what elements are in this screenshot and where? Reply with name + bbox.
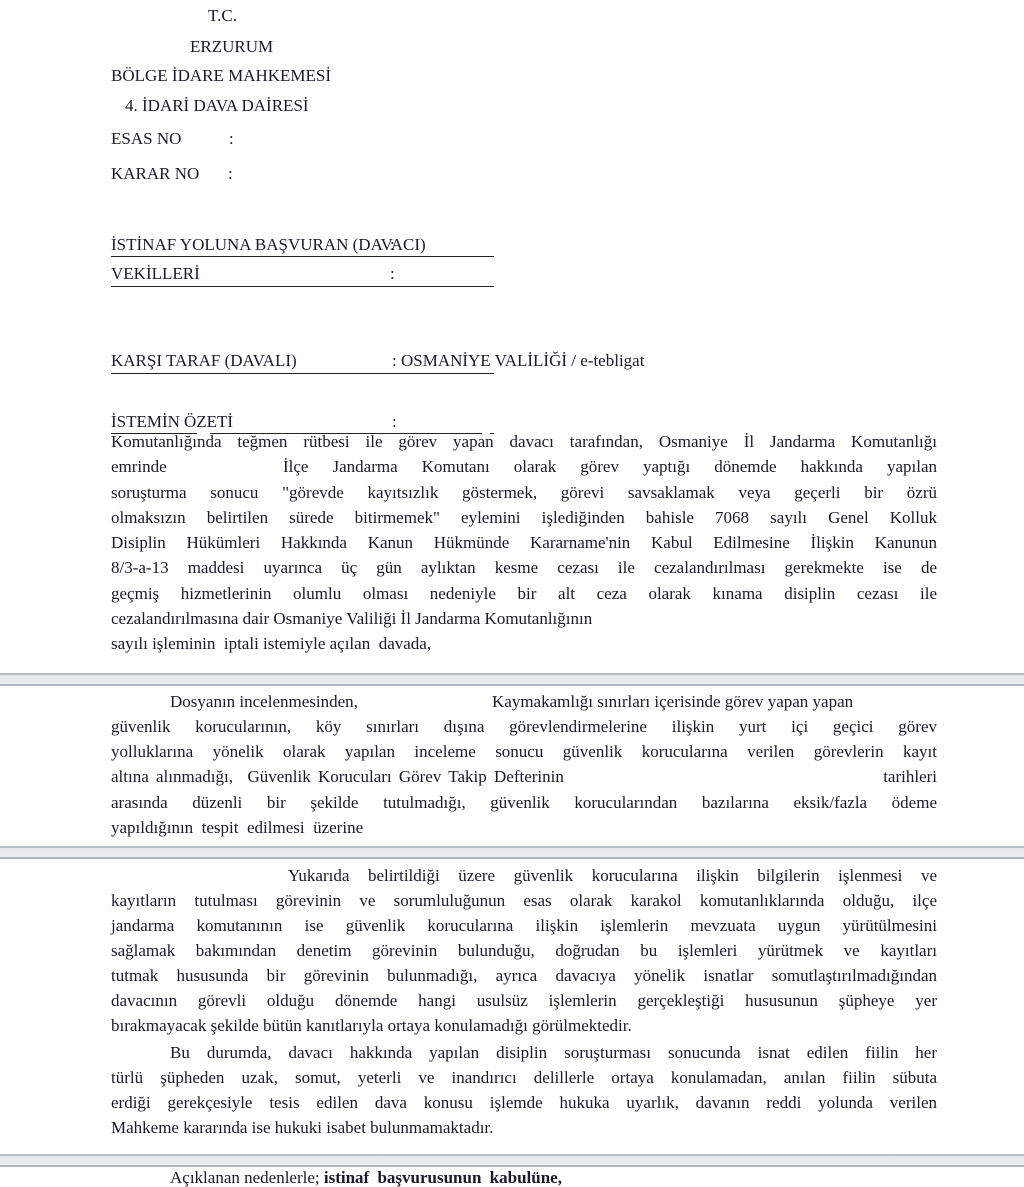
conclusion-line: Açıklanan nedenlerle; istinaf başvurusun… bbox=[170, 1168, 562, 1187]
conclusion-prefix: Açıklanan nedenlerle; bbox=[170, 1168, 320, 1187]
header-court: BÖLGE İDARE MAHKEMESİ bbox=[111, 66, 331, 86]
conclusion-bold: istinaf başvurusunun kabulüne, bbox=[324, 1168, 562, 1187]
text-line: sayılı işleminin iptali istemiyle açılan… bbox=[111, 634, 431, 654]
appellant-label: İSTİNAF YOLUNA BAŞVURAN (DAVACI) bbox=[111, 235, 426, 255]
text-line: türlü şüpheden uzak, somut, yeterli ve i… bbox=[111, 1068, 937, 1088]
text-line: kayıtların tutulması görevinin ve soruml… bbox=[111, 891, 937, 911]
text-line: olmaksızın belirtilen sürede bitirmemek"… bbox=[111, 508, 937, 528]
text-line: Mahkeme kararında ise hukuki isabet bulu… bbox=[111, 1118, 493, 1138]
text-line: güvenlik korucularının, köy sınırları dı… bbox=[111, 717, 937, 737]
text-line: Disiplin Hükümleri Hakkında Kanun Hükmün… bbox=[111, 533, 937, 553]
text-line: yapıldığının tespit edilmesi üzerine bbox=[111, 818, 363, 838]
text-segment: altına alınmadığı, Güvenlik Korucuları G… bbox=[111, 767, 564, 786]
text-line: 8/3-a-13 maddesi uyarınca üç gün aylıkta… bbox=[111, 558, 937, 578]
text-line: erdiği gerekçesiyle tesis edilen dava ko… bbox=[111, 1093, 937, 1113]
text-line: soruşturma sonucu "görevde kayıtsızlık g… bbox=[111, 483, 937, 503]
esas-no-colon: : bbox=[229, 129, 234, 149]
respondent-value: : OSMANİYE VALİLİĞİ / e-tebligat bbox=[392, 351, 644, 371]
text-line: Dosyanın incelenmesinden,Kaymakamlığı sı… bbox=[170, 692, 358, 712]
text-line: davacının görevli olduğu dönemde hangi u… bbox=[111, 991, 937, 1011]
respondent-label: KARŞI TARAF (DAVALI) bbox=[111, 351, 297, 371]
text-line: sağlamak bakımından denetim görevinin bu… bbox=[111, 941, 937, 961]
text-line: jandarma komutanının ise güvenlik korucu… bbox=[111, 916, 937, 936]
text-line: arasında düzenli bir şekilde tutulmadığı… bbox=[111, 793, 937, 813]
esas-no-label: ESAS NO bbox=[111, 129, 181, 149]
attorneys-colon: : bbox=[390, 264, 395, 284]
text-segment: emrinde bbox=[111, 457, 167, 476]
text-segment: İlçe Jandarma Komutanı olarak görev yapt… bbox=[283, 457, 937, 477]
text-line: emrindeİlçe Jandarma Komutanı olarak gör… bbox=[111, 457, 937, 477]
karar-no-colon: : bbox=[228, 164, 233, 184]
text-line: tutmak hususunda bir görevinin bulunmadı… bbox=[111, 966, 937, 986]
summary-label-ozeti: ÖZETİ bbox=[184, 412, 233, 432]
page-separator bbox=[0, 1154, 1024, 1168]
header-chamber: 4. İDARİ DAVA DAİRESİ bbox=[125, 96, 309, 116]
text-line: Yukarıda belirtildiği üzere güvenlik kor… bbox=[288, 866, 937, 886]
text-segment: Kaymakamlığı sınırları içerisinde görev … bbox=[492, 692, 853, 712]
text-segment: tarihleri bbox=[883, 767, 937, 787]
text-line: Komutanlığında teğmen rütbesi ile görev … bbox=[111, 432, 937, 452]
text-line: cezalandırılmasına dair Osmaniye Valiliğ… bbox=[111, 609, 592, 629]
appellant-underline bbox=[111, 256, 494, 257]
attorneys-underline bbox=[111, 286, 494, 287]
karar-no-label: KARAR NO bbox=[111, 164, 199, 184]
appellant-colon: : bbox=[390, 235, 395, 255]
text-segment: Dosyanın incelenmesinden, bbox=[170, 692, 358, 711]
text-line: altına alınmadığı, Güvenlik Korucuları G… bbox=[111, 767, 937, 787]
text-line: yolluklarına yönelik olarak yapılan ince… bbox=[111, 742, 937, 762]
page-separator bbox=[0, 673, 1024, 687]
page-separator bbox=[0, 846, 1024, 860]
header-tc: T.C. bbox=[208, 6, 237, 26]
summary-colon: : bbox=[392, 412, 397, 432]
text-line: geçmiş hizmetlerinin olumlu olması neden… bbox=[111, 584, 937, 604]
header-city: ERZURUM bbox=[190, 37, 273, 57]
summary-label-istemin: İSTEMİN bbox=[111, 412, 180, 432]
text-line: bırakmayacak şekilde bütün kanıtlarıyla … bbox=[111, 1016, 632, 1036]
respondent-underline bbox=[111, 373, 494, 374]
text-line: Bu durumda, davacı hakkında yapılan disi… bbox=[170, 1043, 937, 1063]
attorneys-label: VEKİLLERİ bbox=[111, 264, 200, 284]
